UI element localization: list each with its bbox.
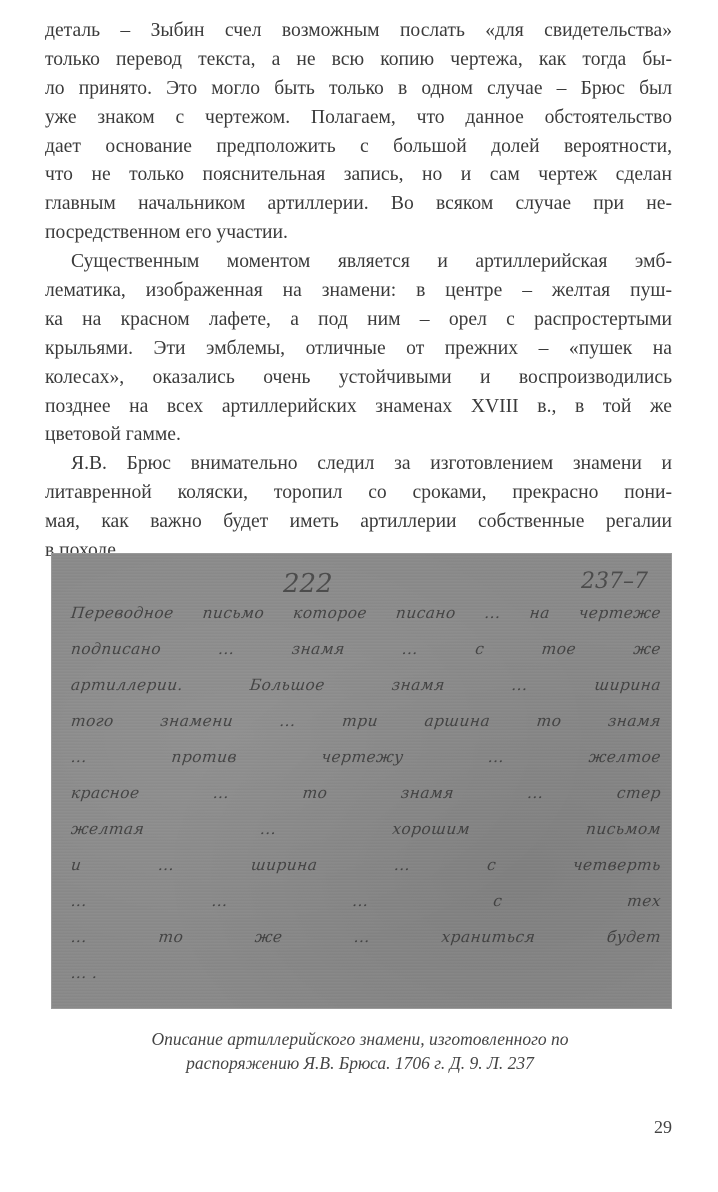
handwriting: Переводное письмо которое писано ... на …: [71, 595, 661, 991]
handwriting-line: желтая ... хорошим письмом: [69, 811, 663, 847]
handwriting-line: ... то же ... храниться будет: [69, 919, 663, 955]
folio-mark: 237–7: [581, 569, 648, 594]
text-line: деталь – Зыбин счел возможным послать «д…: [45, 17, 672, 46]
text-line: посредственном его участии.: [45, 219, 672, 248]
caption-line: распоряжению Я.В. Брюса. 1706 г. Д. 9. Л…: [60, 1051, 660, 1075]
text-line: что не только пояснительная запись, но и…: [45, 161, 672, 190]
text-line: только перевод текста, а не всю копию че…: [45, 46, 672, 75]
handwriting-line: артиллерии. Большое знамя ... ширина: [69, 667, 663, 703]
caption-line: Описание артиллерийского знамени, изгото…: [60, 1027, 660, 1051]
text-line: мая, как важно будет иметь артиллерии со…: [45, 508, 672, 537]
handwriting-line: того знамени ... три аршина то знамя: [69, 703, 663, 739]
handwriting-line: ... ... ... с тех: [69, 883, 663, 919]
handwriting-line: ... против чертежу ... желтое: [69, 739, 663, 775]
handwriting-line: ... .: [69, 955, 663, 991]
text-line: ло принято. Это могло быть только в одно…: [45, 75, 672, 104]
text-line: лематика, изображенная на знамени: в цен…: [45, 277, 672, 306]
handwriting-line: и ... ширина ... с четверть: [69, 847, 663, 883]
text-line: дает основание предположить с большой до…: [45, 133, 672, 162]
text-line: Я.В. Брюс внимательно следил за изготовл…: [45, 450, 672, 479]
text-line: ка на красном лафете, а под ним – орел с…: [45, 306, 672, 335]
page-number: 29: [640, 1117, 672, 1138]
handwriting-line: подписано ... знамя ... с тое же: [69, 631, 663, 667]
text-line: крыльями. Эти эмблемы, отличные от прежн…: [45, 335, 672, 364]
text-line: колесах», оказались очень устойчивыми и …: [45, 364, 672, 393]
text-line: позднее на всех артиллерийских знаменах …: [45, 393, 672, 422]
figure-caption: Описание артиллерийского знамени, изгото…: [60, 1027, 660, 1075]
handwriting-line: красное ... то знамя ... стер: [69, 775, 663, 811]
text-line: уже знаком с чертежом. Полагаем, что дан…: [45, 104, 672, 133]
text-line: Существенным моментом является и артилле…: [45, 248, 672, 277]
text-line: литавренной коляски, торопил со сроками,…: [45, 479, 672, 508]
text-line: главным начальником артиллерии. Во всяко…: [45, 190, 672, 219]
body-text: деталь – Зыбин счел возможным послать «д…: [45, 17, 672, 566]
manuscript-photo: 222 237–7 Переводное письмо которое писа…: [51, 553, 672, 1009]
handwriting-line: Переводное письмо которое писано ... на …: [69, 595, 663, 631]
text-line: цветовой гамме.: [45, 421, 672, 450]
